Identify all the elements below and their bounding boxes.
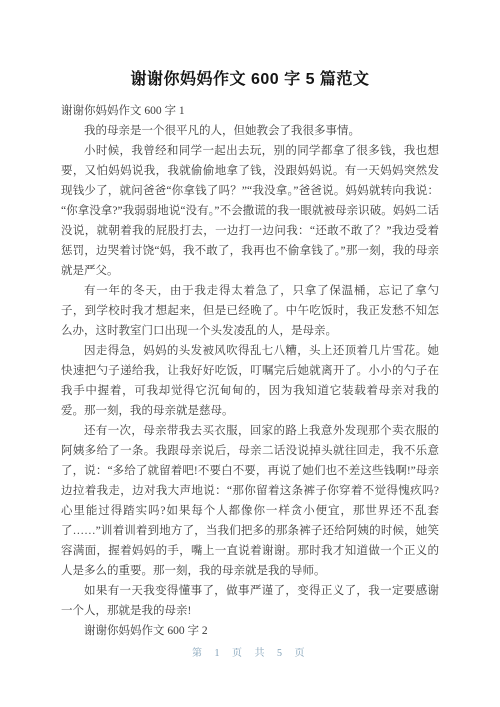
essay-2-heading: 谢谢你妈妈作文 600 字 2	[61, 621, 439, 641]
page-number-indicator: 第 1 页 共 5 页	[0, 644, 500, 659]
essay-paragraph: 我的母亲是一个很平凡的人，但她教会了我很多事情。	[61, 121, 439, 141]
essay-paragraph: 有一年的冬天，由于我走得太着急了，只拿了保温桶，忘记了拿勺子，到学校时我才想起来…	[61, 281, 439, 341]
essay-paragraph: 小时候，我曾经和同学一起出去玩，别的同学都拿了很多钱，我也想要，又怕妈妈说我，我…	[61, 141, 439, 281]
document-body: 谢谢你妈妈作文 600 字 1 我的母亲是一个很平凡的人，但她教会了我很多事情。…	[61, 101, 439, 641]
essay-paragraph: 如果有一天我变得懂事了，做事严谨了，变得正义了，我一定要感谢一个人，那就是我的母…	[61, 581, 439, 621]
document-title: 谢谢你妈妈作文 600 字 5 篇范文	[0, 66, 500, 89]
document-page: 谢谢你妈妈作文 600 字 5 篇范文 谢谢你妈妈作文 600 字 1 我的母亲…	[0, 0, 500, 707]
essay-1-heading: 谢谢你妈妈作文 600 字 1	[61, 101, 439, 121]
essay-paragraph: 因走得急，妈妈的头发被风吹得乱七八糟，头上还顶着几片雪花。她快速把勺子递给我，让…	[61, 341, 439, 421]
essay-paragraph: 还有一次，母亲带我去买衣服，回家的路上我意外发现那个卖衣服的阿姨多给了一条。我跟…	[61, 421, 439, 581]
